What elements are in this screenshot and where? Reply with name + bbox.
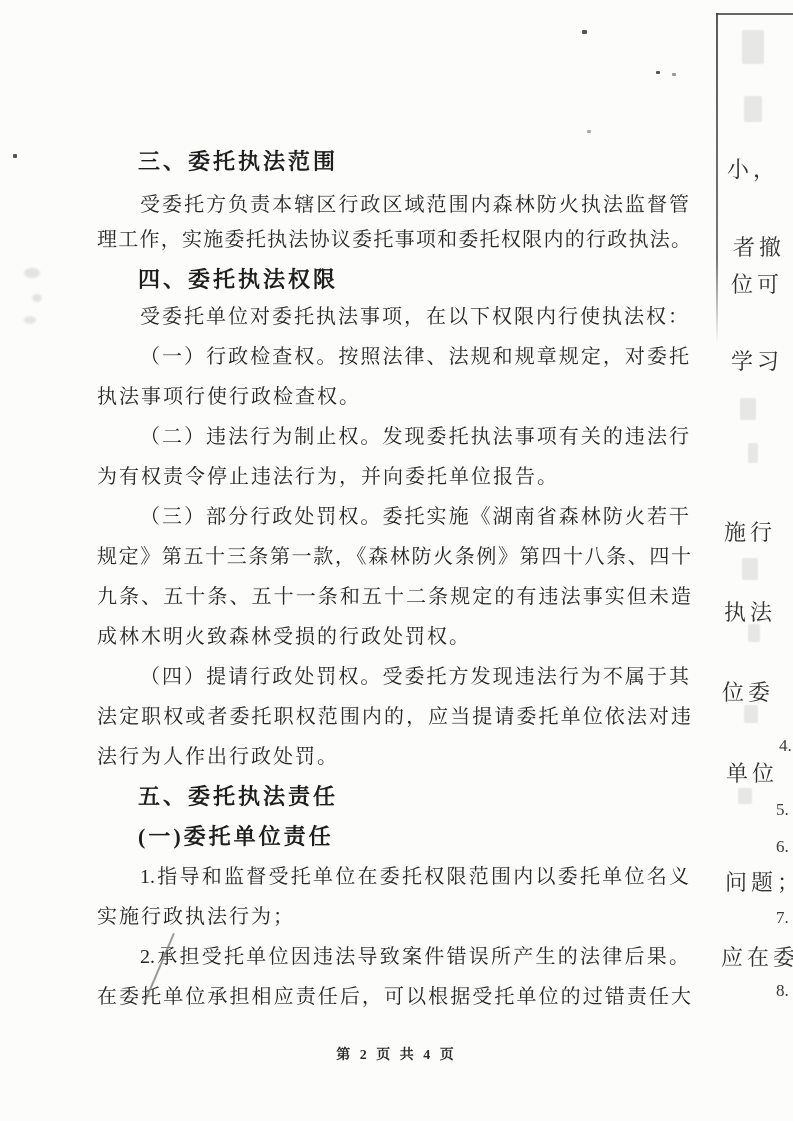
adjacent-page-fragment: 单位 bbox=[726, 757, 778, 788]
scan-speck bbox=[656, 71, 660, 74]
body-line: （二）违法行为制止权。发现委托执法事项有关的违法行 bbox=[140, 421, 689, 453]
adjacent-page-fragment: 施行 bbox=[724, 516, 776, 547]
body-line: 受委托单位对委托执法事项，在以下权限内行使执法权： bbox=[140, 301, 690, 333]
adjacent-page-fragment: 6. bbox=[776, 837, 789, 857]
adjacent-page-fragment: 7. bbox=[776, 908, 789, 928]
scan-smudge bbox=[24, 316, 36, 324]
scan-speck bbox=[672, 73, 676, 76]
body-line: 法行为人作出行政处罚。 bbox=[97, 741, 339, 773]
section-heading: 五、委托执法责任 bbox=[138, 781, 338, 813]
body-line: （四）提请行政处罚权。受委托方发现违法行为不属于其 bbox=[140, 661, 689, 693]
body-line: 规定》第五十三条第一款，《森林防火条例》第四十八条、四十 bbox=[97, 541, 691, 573]
bleed-through-mark bbox=[738, 788, 752, 804]
adjacent-page-fragment: 位委 bbox=[722, 676, 774, 707]
body-line: 九条、五十条、五十一条和五十二条规定的有违法事实但未造 bbox=[97, 581, 691, 613]
bleed-through-mark bbox=[744, 705, 758, 723]
body-line: 受委托方负责本辖区行政区域范围内森林防火执法监督管 bbox=[140, 189, 689, 221]
body-line: 2.承担受托单位因违法导致案件错误所产生的法律后果。 bbox=[140, 941, 689, 973]
adjacent-page-fragment: 应在委 bbox=[721, 941, 793, 972]
body-line: 实施行政执法行为； bbox=[97, 901, 295, 933]
body-line: 执法事项行使行政检查权。 bbox=[97, 381, 361, 413]
adjacent-page-top-edge bbox=[716, 13, 793, 15]
body-line: （三）部分行政处罚权。委托实施《湖南省森林防火若干 bbox=[140, 501, 689, 533]
bleed-through-mark bbox=[742, 30, 764, 64]
adjacent-page-fragment: 5. bbox=[776, 800, 789, 820]
scan-speck bbox=[13, 154, 17, 158]
scan-speck bbox=[582, 30, 587, 34]
body-line: （一）行政检查权。按照法律、法规和规章规定，对委托 bbox=[140, 341, 689, 373]
body-line: 为有权责令停止违法行为，并向委托单位报告。 bbox=[97, 461, 559, 493]
bleed-through-mark bbox=[740, 398, 756, 420]
adjacent-page-fragment: 者撤 bbox=[733, 231, 785, 262]
adjacent-page-side-edge bbox=[716, 13, 718, 343]
adjacent-page-fragment: 执法 bbox=[724, 596, 776, 627]
page-number-footer: 第 2 页 共 4 页 bbox=[0, 1044, 793, 1064]
adjacent-page-fragment: 问题； bbox=[725, 866, 793, 897]
scan-smudge bbox=[24, 268, 40, 278]
bleed-through-mark bbox=[744, 96, 762, 122]
section-heading: 三、委托执法范围 bbox=[138, 146, 338, 178]
body-line: 法定职权或者委托职权范围内的，应当提请委托单位依法对违 bbox=[97, 701, 691, 733]
bleed-through-mark bbox=[742, 558, 758, 580]
scan-speck bbox=[587, 130, 591, 133]
adjacent-page-fragment: 学习 bbox=[731, 345, 783, 376]
body-line: 成林木明火致森林受损的行政处罚权。 bbox=[97, 621, 471, 653]
adjacent-page-fragment: 4. bbox=[779, 736, 792, 756]
scan-smudge bbox=[32, 294, 42, 302]
body-line: 1.指导和监督受托单位在委托权限范围内以委托单位名义 bbox=[140, 861, 689, 893]
body-line: 在委托单位承担相应责任后，可以根据受托单位的过错责任大 bbox=[97, 981, 691, 1013]
scanned-document-page: 三、委托执法范围 受委托方负责本辖区行政区域范围内森林防火执法监督管 理工作，实… bbox=[0, 0, 793, 1121]
section-heading: 四、委托执法权限 bbox=[138, 264, 338, 296]
adjacent-page-fragment: 位可 bbox=[731, 268, 783, 299]
bleed-through-mark bbox=[748, 624, 760, 642]
adjacent-page-fragment: 8. bbox=[776, 981, 789, 1001]
adjacent-page-fragment: 小， bbox=[727, 153, 779, 184]
subsection-heading: (一)委托单位责任 bbox=[138, 821, 334, 853]
bleed-through-mark bbox=[748, 443, 758, 463]
body-line: 理工作，实施委托执法协议委托事项和委托权限内的行政执法。 bbox=[97, 224, 691, 256]
